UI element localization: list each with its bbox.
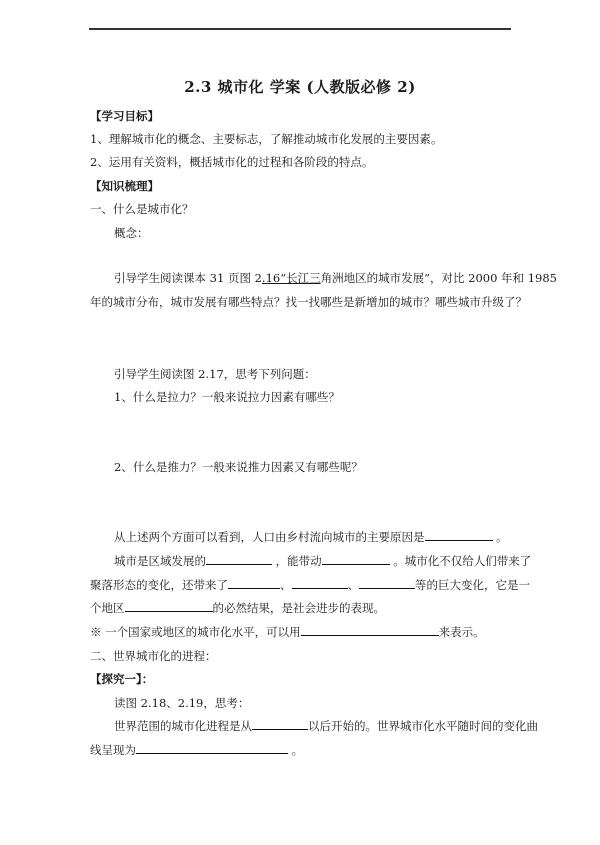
world-text-b: 以后开始的。世界城市化水平随时间的变化曲 xyxy=(308,719,538,733)
world-line-1: 世界范围的城市化进程是从以后开始的。世界城市化水平随时间的变化曲 xyxy=(114,718,538,734)
separator: 、 xyxy=(348,578,360,592)
blank-city-role[interactable] xyxy=(206,553,272,565)
guide1-text-a: 引导学生阅读课本 31 页图 2 xyxy=(114,271,262,285)
city-line3-end: 的必然结果，是社会进步的表现。 xyxy=(213,601,386,615)
city-line2-end: 等的巨大变化，它是一 xyxy=(415,578,530,592)
world-text-a: 世界范围的城市化进程是从 xyxy=(114,719,252,733)
world-line2-text: 线呈现为 xyxy=(90,743,136,757)
world-line-2: 线呈现为 。 xyxy=(90,742,303,758)
part2-heading: 二、世界城市化的进程： xyxy=(90,648,217,664)
blank-change-2[interactable] xyxy=(292,577,348,589)
concept-label: 概念： xyxy=(114,225,149,241)
read-figures: 读图 2.18、2.19，思考： xyxy=(114,695,249,711)
city-line-2: 聚落形态的变化，还带来了、、等的巨大变化，它是一 xyxy=(90,577,530,593)
note-text: ※ 一个国家或地区的城市化水平，可以用 xyxy=(90,625,301,639)
guide1-line2: 年的城市分布，城市发展有哪些特点？找一找哪些是新增加的城市？哪些城市升级了？ xyxy=(90,294,527,310)
blank-city-drives[interactable] xyxy=(322,553,390,565)
blank-curve-shape[interactable] xyxy=(136,742,288,754)
city-line-3: 个地区的必然结果，是社会进步的表现。 xyxy=(90,600,385,616)
city-text-b: ，能带动 xyxy=(272,554,322,568)
blank-region-result[interactable] xyxy=(125,600,213,612)
city-line3-text: 个地区 xyxy=(90,601,125,615)
blank-change-1[interactable] xyxy=(228,577,280,589)
knowledge-heading: 【知识梳理】 xyxy=(90,178,159,194)
question-2: 2、什么是推力？一般来说推力因素又有哪些呢？ xyxy=(114,459,363,475)
objective-2: 2、运用有关资料，概括城市化的过程和各阶段的特点。 xyxy=(90,154,373,170)
explore-heading: 【探究一】： xyxy=(90,671,153,687)
blank-main-reason[interactable] xyxy=(425,529,493,541)
city-text-c: 。城市化不仅给人们带来了 xyxy=(390,554,532,568)
question-1: 1、什么是拉力？一般来说拉力因素有哪些？ xyxy=(114,389,340,405)
guide1-underlined: .16“长江三 xyxy=(262,271,321,285)
summary-text: 从上述两个方面可以看到，人口由乡村流向城市的主要原因是 xyxy=(114,530,425,544)
document-title: 2.3 城市化 学案 (人教版必修 2) xyxy=(0,76,600,97)
separator: 、 xyxy=(280,578,292,592)
guide1-text-b: 角洲地区的城市发展”，对比 2000 年和 1985 xyxy=(321,271,557,285)
blank-urbanization-level[interactable] xyxy=(301,624,439,636)
summary-line: 从上述两个方面可以看到，人口由乡村流向城市的主要原因是 。 xyxy=(114,529,508,545)
city-line-1: 城市是区域发展的 ，能带动 。城市化不仅给人们带来了 xyxy=(114,553,531,569)
header-rule xyxy=(89,28,511,30)
guide2: 引导学生阅读图 2.17，思考下列问题： xyxy=(114,366,316,382)
part1-heading: 一、什么是城市化？ xyxy=(90,201,194,217)
summary-end: 。 xyxy=(493,530,508,544)
world-line2-end: 。 xyxy=(288,743,303,757)
objectives-heading: 【学习目标】 xyxy=(90,108,159,124)
blank-change-3[interactable] xyxy=(359,577,415,589)
note-line: ※ 一个国家或地区的城市化水平，可以用来表示。 xyxy=(90,624,485,640)
city-line2-text: 聚落形态的变化，还带来了 xyxy=(90,578,228,592)
blank-start-time[interactable] xyxy=(252,718,308,730)
guide1-line1: 引导学生阅读课本 31 页图 2.16“长江三角洲地区的城市发展”，对比 200… xyxy=(114,270,557,286)
note-end: 来表示。 xyxy=(439,625,485,639)
objective-1: 1、理解城市化的概念、主要标志，了解推动城市化发展的主要因素。 xyxy=(90,131,442,147)
city-text-a: 城市是区域发展的 xyxy=(114,554,206,568)
